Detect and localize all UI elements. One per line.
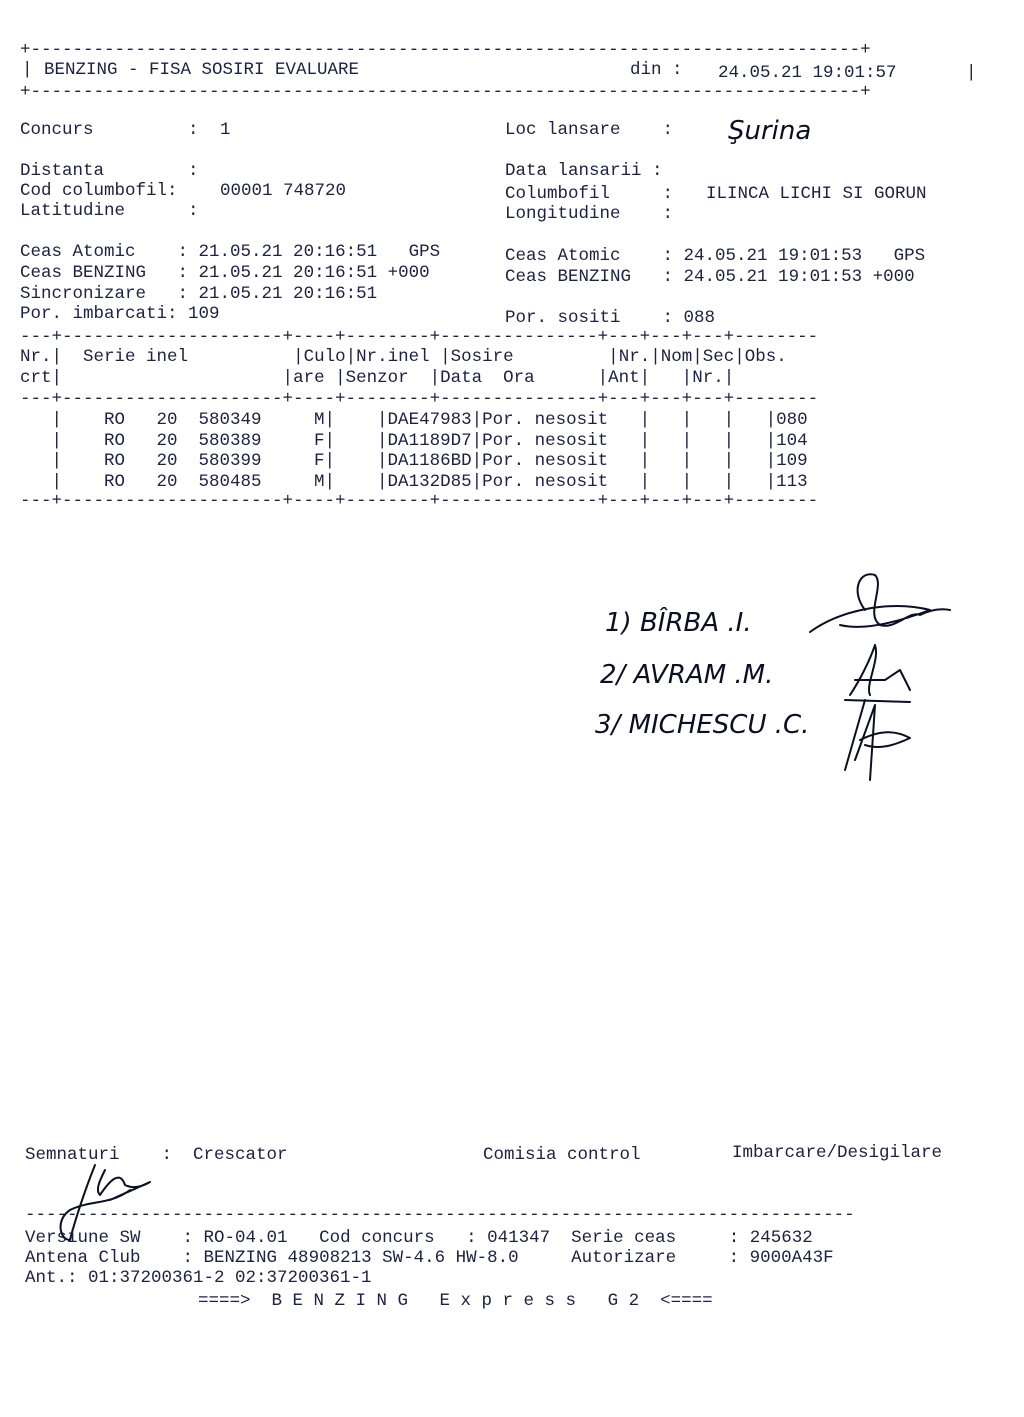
table-row: | RO 20 580485 M| |DA132D85|Por. nesosit…: [20, 472, 808, 492]
sositi: Por. sositi : 088: [505, 308, 715, 328]
table-row: | RO 20 580389 F| |DA1189D7|Por. nesosit…: [20, 431, 808, 451]
table-header-divider: ---+---------------------+----+--------+…: [20, 389, 818, 409]
sincronizare: Sincronizare : 21.05.21 20:16:51: [20, 284, 377, 304]
table-header: Nr.| Serie inel |Culo|Nr.inel |Sosire |N…: [20, 347, 787, 367]
commission-member-1: 1) BÎRBA .I.: [605, 608, 752, 638]
data-lansarii-label: Data lansarii :: [505, 161, 663, 181]
cod-columbofil-label: Cod columbofil:: [20, 181, 178, 201]
loc-lansare-handwritten: Şurina: [728, 116, 811, 146]
columbofil-label: Columbofil :: [505, 184, 673, 204]
antena-row: Antena Club : BENZING 48908213 SW-4.6 HW…: [25, 1248, 834, 1268]
print-date: 24.05.21 19:01:57: [718, 63, 897, 83]
concurs-label: Concurs :: [20, 120, 199, 140]
ceas-benzing-end: Ceas BENZING : 24.05.21 19:01:53 +000: [505, 267, 915, 287]
document-title: BENZING - FISA SOSIRI EVALUARE: [44, 60, 359, 80]
brand-line: ====> B E N Z I N G E x p r e s s G 2 <=…: [198, 1291, 713, 1311]
imbarcare-label: Imbarcare/Desigilare: [732, 1143, 942, 1163]
antenna-ids: Ant.: 01:37200361-2 02:37200361-1: [25, 1268, 372, 1288]
date-label: din :: [630, 60, 683, 80]
signature-3: [835, 690, 925, 790]
header-border-top: +---------------------------------------…: [20, 40, 871, 60]
distanta-label: Distanta :: [20, 161, 199, 181]
columbofil-value: ILINCA LICHI SI GORUN: [706, 184, 927, 204]
footer-divider: ----------------------------------------…: [25, 1205, 855, 1225]
table-row: | RO 20 580349 M| |DAE47983|Por. nesosit…: [20, 410, 808, 430]
cod-columbofil-value: 00001 748720: [220, 181, 346, 201]
commission-member-2: 2/ AVRAM .M.: [600, 660, 773, 690]
table-border-top: ---+---------------------+----+--------+…: [20, 327, 818, 347]
loc-lansare-label: Loc lansare :: [505, 120, 673, 140]
header-border-bottom: +---------------------------------------…: [20, 82, 871, 102]
header-right-bar: |: [966, 63, 977, 83]
table-row: | RO 20 580399 F| |DA1186BD|Por. nesosit…: [20, 451, 808, 471]
concurs-value: 1: [220, 120, 231, 140]
commission-member-3: 3/ MICHESCU .C.: [595, 710, 809, 740]
table-border-bottom: ---+---------------------+----+--------+…: [20, 491, 818, 511]
latitudine-label: Latitudine :: [20, 201, 199, 221]
ceas-atomic-start: Ceas Atomic : 21.05.21 20:16:51 GPS: [20, 242, 440, 262]
versiune-row: Versiune SW : RO-04.01 Cod concurs : 041…: [25, 1228, 813, 1248]
ceas-benzing-start: Ceas BENZING : 21.05.21 20:16:51 +000: [20, 263, 430, 283]
signature-1: [800, 570, 960, 640]
longitudine-label: Longitudine :: [505, 204, 673, 224]
table-header-2: crt| |are |Senzor |Data Ora |Ant| |Nr.|: [20, 368, 734, 388]
ceas-atomic-end: Ceas Atomic : 24.05.21 19:01:53 GPS: [505, 246, 925, 266]
imbarcati: Por. imbarcati: 109: [20, 304, 220, 324]
comisia-control-label: Comisia control: [483, 1145, 641, 1165]
header-left-bar: |: [22, 60, 33, 80]
